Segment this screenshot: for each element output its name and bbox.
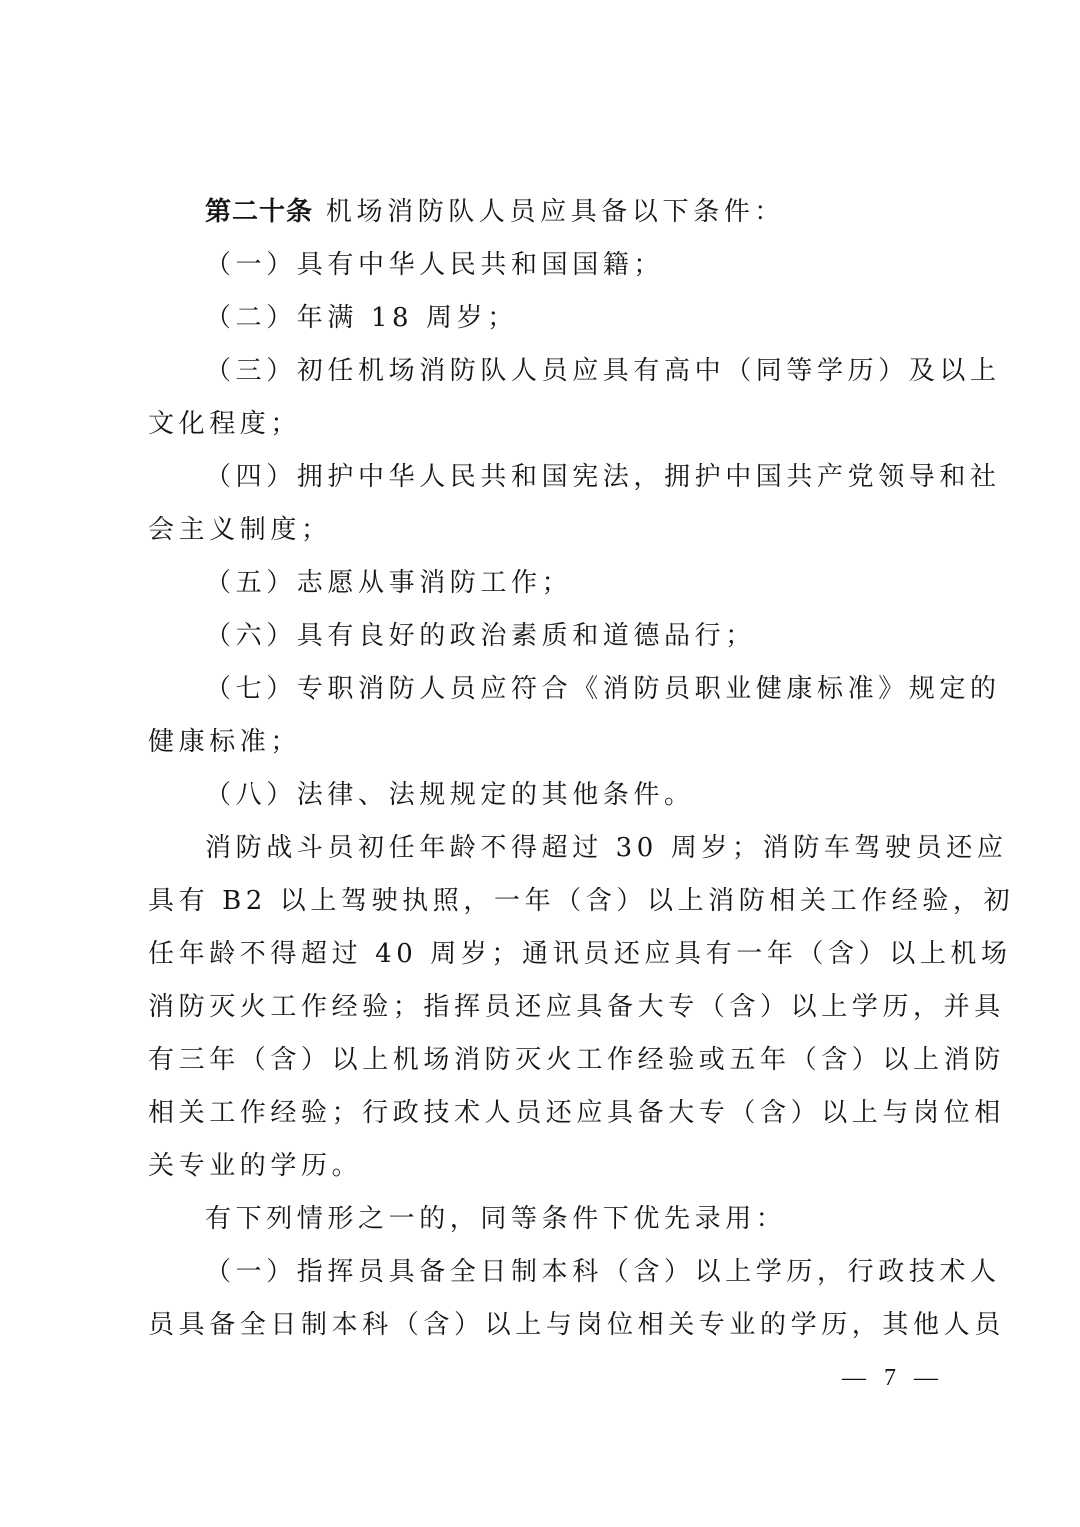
- paragraph-line: 有三年（含）以上机场消防灭火工作经验或五年（含）以上消防: [148, 1042, 1005, 1078]
- clause-8: （八）法律、法规规定的其他条件。: [205, 777, 695, 813]
- article-heading: 机场消防队人员应具备以下条件：: [326, 197, 785, 227]
- paragraph-line: 关专业的学历。: [148, 1148, 362, 1184]
- priority-intro: 有下列情形之一的，同等条件下优先录用：: [205, 1201, 786, 1237]
- clause-6: （六）具有良好的政治素质和道德品行；: [205, 618, 756, 654]
- document-page: 第二十条 机场消防队人员应具备以下条件： （一）具有中华人民共和国国籍； （二）…: [0, 0, 1080, 1527]
- clause-4-cont: 会主义制度；: [148, 512, 332, 548]
- article-number: 第二十条: [205, 197, 313, 227]
- priority-clause-1-cont: 员具备全日制本科（含）以上与岗位相关专业的学历，其他人员: [148, 1307, 1005, 1343]
- clause-7-cont: 健康标准；: [148, 724, 301, 760]
- clause-4: （四）拥护中华人民共和国宪法，拥护中国共产党领导和社: [205, 459, 1001, 495]
- clause-3-cont: 文化程度；: [148, 406, 301, 442]
- clause-2: （二）年满 18 周岁；: [205, 300, 518, 336]
- page-number: — 7 —: [842, 1362, 944, 1394]
- paragraph-line: 具有 B2 以上驾驶执照，一年（含）以上消防相关工作经验，初: [148, 883, 1014, 919]
- priority-clause-1: （一）指挥员具备全日制本科（含）以上学历，行政技术人: [205, 1254, 1001, 1290]
- paragraph-line: 任年龄不得超过 40 周岁；通讯员还应具有一年（含）以上机场: [148, 936, 1012, 972]
- clause-7: （七）专职消防人员应符合《消防员职业健康标准》规定的: [205, 671, 1001, 707]
- paragraph-line: 消防战斗员初任年龄不得超过 30 周岁；消防车驾驶员还应: [205, 830, 1007, 866]
- clause-5: （五）志愿从事消防工作；: [205, 565, 572, 601]
- article-heading-line: 第二十条 机场消防队人员应具备以下条件：: [205, 194, 785, 230]
- clause-1: （一）具有中华人民共和国国籍；: [205, 247, 664, 283]
- paragraph-line: 消防灭火工作经验；指挥员还应具备大专（含）以上学历，并具: [148, 989, 1005, 1025]
- paragraph-line: 相关工作经验；行政技术人员还应具备大专（含）以上与岗位相: [148, 1095, 1005, 1131]
- clause-3: （三）初任机场消防队人员应具有高中（同等学历）及以上: [205, 353, 1001, 389]
